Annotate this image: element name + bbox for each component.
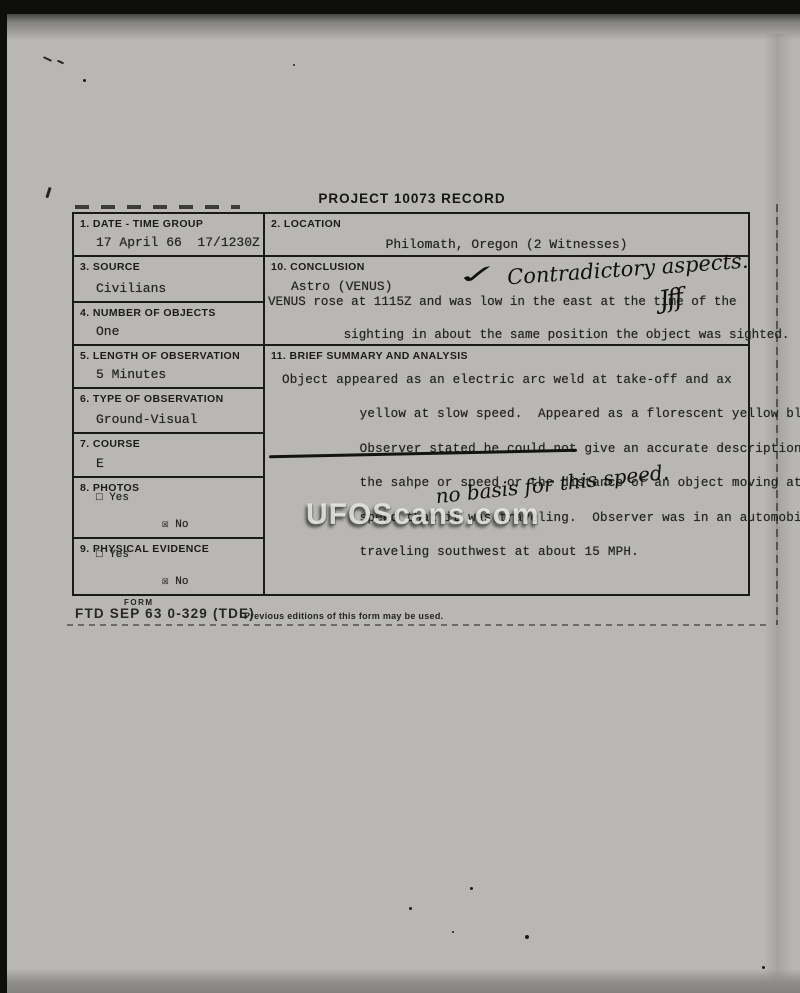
field-brief-summary: 11. BRIEF SUMMARY AND ANALYSIS Object ap… <box>265 346 748 594</box>
conclusion-note: VENUS rose at 1115Z and was low in the e… <box>268 294 789 344</box>
summary-line: yellow at slow speed. Appeared as a flor… <box>360 407 800 421</box>
form-left-column: 1. DATE - TIME GROUP 17 April 66 17/1230… <box>74 214 265 594</box>
checkbox-yes: □ Yes <box>96 492 129 504</box>
field-value: E <box>96 456 104 471</box>
dust-speck <box>83 79 86 82</box>
scan-bottom-shadow <box>7 969 800 993</box>
page-edge-dashed-line <box>67 624 767 626</box>
field-number-of-objects: 4. NUMBER OF OBJECTS One <box>74 303 263 346</box>
field-label: 7. COURSE <box>80 438 140 450</box>
summary-text: Object appeared as an electric arc weld … <box>282 372 800 561</box>
watermark: UFOScans.com <box>306 498 540 532</box>
field-value: 5 Minutes <box>96 367 166 382</box>
dust-speck <box>409 907 412 910</box>
paper: PROJECT 10073 RECORD 1. DATE - TIME GROU… <box>7 14 800 993</box>
field-length-of-observation: 5. LENGTH OF OBSERVATION 5 Minutes <box>74 346 263 389</box>
note-line: sighting in about the same position the … <box>344 328 790 342</box>
field-value: Astro (VENUS) <box>291 279 392 294</box>
checkbox-no-checked: ☒ No <box>162 519 188 531</box>
field-course: 7. COURSE E <box>74 434 263 478</box>
field-label: 2. LOCATION <box>271 218 341 230</box>
page-title: PROJECT 10073 RECORD <box>72 191 752 206</box>
dust-speck <box>293 64 295 66</box>
field-label: 10. CONCLUSION <box>271 261 365 273</box>
field-label: 4. NUMBER OF OBJECTS <box>80 307 216 319</box>
stray-pen-mark <box>45 187 51 198</box>
field-date-time-group: 1. DATE - TIME GROUP 17 April 66 17/1230… <box>74 214 263 257</box>
field-label: 3. SOURCE <box>80 261 140 273</box>
field-photos: 8. PHOTOS □ Yes ☒ No <box>74 478 263 539</box>
photos-checkboxes: □ Yes ☒ No <box>96 492 188 533</box>
field-value: Ground-Visual <box>96 412 197 427</box>
field-label: 6. TYPE OF OBSERVATION <box>80 393 224 405</box>
field-source: 3. SOURCE Civilians <box>74 257 263 303</box>
field-label: 5. LENGTH OF OBSERVATION <box>80 350 240 362</box>
dust-speck <box>762 966 765 969</box>
summary-line: traveling southwest at about 15 MPH. <box>360 545 639 559</box>
field-value: 17 April 66 17/1230Z <box>96 235 260 250</box>
checkbox-yes: □ Yes <box>96 549 129 561</box>
field-type-of-observation: 6. TYPE OF OBSERVATION Ground-Visual <box>74 389 263 434</box>
scratch-mark <box>43 56 52 62</box>
footer-form-number: FTD SEP 63 0-329 (TDE) <box>75 606 255 621</box>
field-value: Civilians <box>96 281 166 296</box>
field-value: One <box>96 324 119 339</box>
footer-note: Previous editions of this form may be us… <box>244 611 443 621</box>
dust-speck <box>452 931 454 933</box>
field-label: 11. BRIEF SUMMARY AND ANALYSIS <box>271 350 468 362</box>
scan-smudge <box>75 205 240 209</box>
document-scan: PROJECT 10073 RECORD 1. DATE - TIME GROU… <box>0 0 800 993</box>
field-label: 1. DATE - TIME GROUP <box>80 218 203 230</box>
scan-top-shadow <box>7 14 800 40</box>
dust-speck <box>525 935 529 939</box>
dust-speck <box>470 887 473 890</box>
field-location: 2. LOCATION Philomath, Oregon (2 Witness… <box>265 214 748 257</box>
summary-line: Object appeared as an electric arc weld … <box>282 373 732 387</box>
field-physical-evidence: 9. PHYSICAL EVIDENCE □ Yes ☒ No <box>74 539 263 594</box>
handwritten-initials: Jff <box>657 282 684 314</box>
checkbox-no-checked: ☒ No <box>162 576 188 588</box>
scratch-mark <box>57 60 64 65</box>
field-value: Philomath, Oregon (2 Witnesses) <box>265 237 748 252</box>
physical-evidence-checkboxes: □ Yes ☒ No <box>96 549 188 590</box>
underlying-page-edge-line <box>776 204 778 625</box>
